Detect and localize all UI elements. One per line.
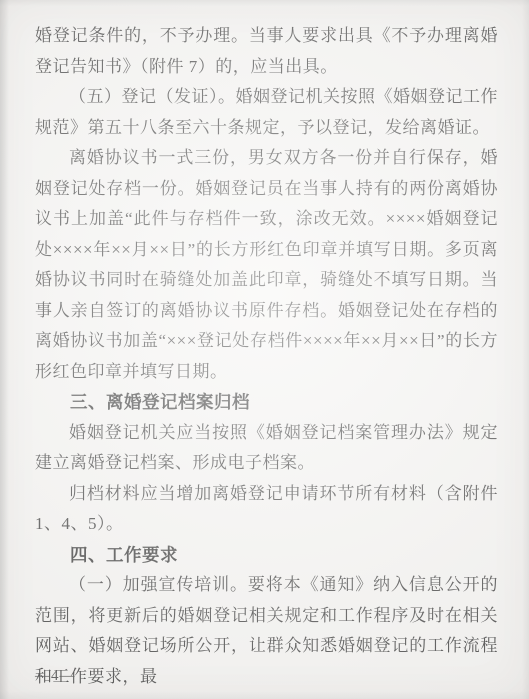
paragraph-archive-management-rules: 婚姻登记机关应当按照《婚姻登记档案管理办法》规定建立离婚登记档案、形成电子档案。 xyxy=(35,418,498,479)
scanned-document-page: { "colors": { "paper": "#f5f4f2", "ink":… xyxy=(0,0,529,699)
paragraph-item-5-registration-certificate: （五）登记（发证）。婚姻登记机关按照《婚姻登记工作规范》第五十八条至六十条规定，… xyxy=(35,82,498,143)
document-body: 婚登记条件的，不予办理。当事人要求出具《不予办理离婚登记告知书》（附件 7）的，… xyxy=(0,0,529,699)
paragraph-divorce-agreement-copies-and-stamps: 离婚协议书一式三份，男女双方各一份并自行保存，婚姻登记处存档一份。婚姻登记员在当… xyxy=(35,143,498,387)
page-number: —4— xyxy=(35,668,76,685)
paragraph-archive-materials-attachments: 归档材料应当增加离婚登记申请环节所有材料（含附件 1、4、5）。 xyxy=(35,479,498,540)
paragraph-publicity-and-training: （一）加强宣传培训。要将本《通知》纳入信息公开的范围，将更新后的婚姻登记相关规定… xyxy=(35,570,498,692)
heading-section-4-work-requirements: 四、工作要求 xyxy=(35,540,498,571)
heading-section-3-archive-filing: 三、离婚登记档案归档 xyxy=(35,387,498,418)
paragraph-refusal-notice-continuation: 婚登记条件的，不予办理。当事人要求出具《不予办理离婚登记告知书》（附件 7）的，… xyxy=(35,21,498,82)
